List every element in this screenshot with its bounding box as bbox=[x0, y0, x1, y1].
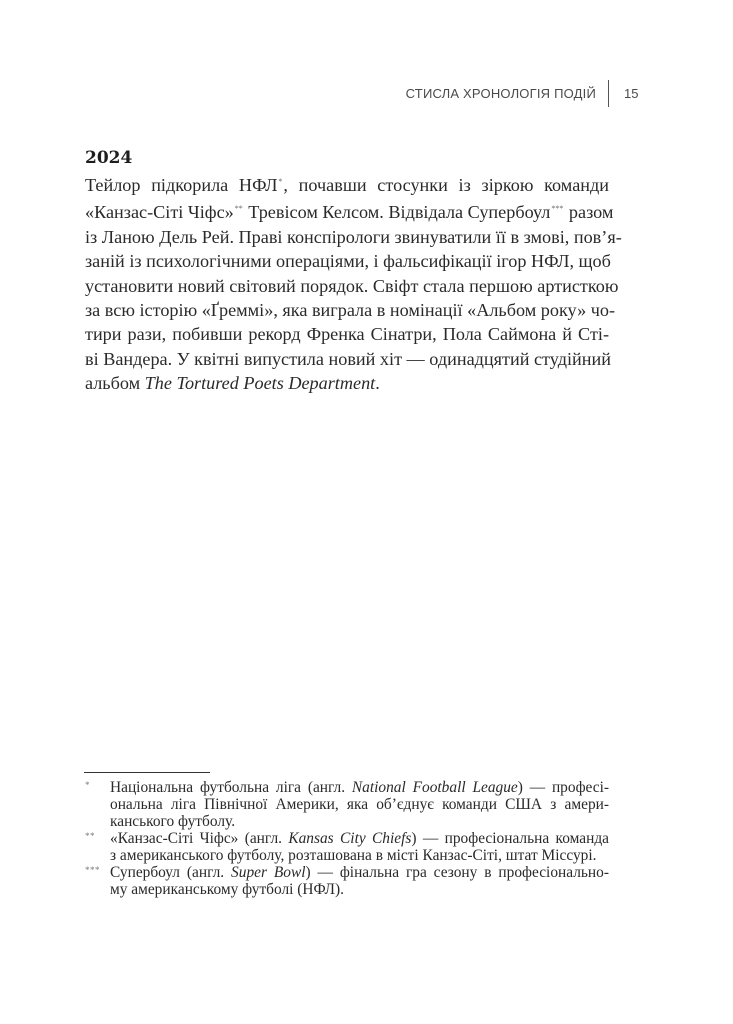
text-run: ) — професіональна команда bbox=[411, 830, 609, 847]
body-line: тири рази, побивши рекорд Френка Сінатри… bbox=[85, 322, 609, 346]
text-run: Супербоул (англ. bbox=[110, 864, 231, 881]
text-run: заній із психологічними операціями, і фа… bbox=[85, 251, 611, 271]
footnotes: *Національна футбольна ліга (англ. Natio… bbox=[85, 779, 609, 898]
body-line: Тейлор підкорила НФЛ*, почавши стосунки … bbox=[85, 170, 609, 197]
footnote-line: «Канзас-Сіті Чіфс» (англ. Kansas City Ch… bbox=[110, 830, 609, 847]
chronology-entry: 2024 Тейлор підкорила НФЛ*, почавши стос… bbox=[85, 146, 609, 396]
body-line: із Ланою Дель Рей. Праві конспірологи зв… bbox=[85, 225, 609, 249]
text-run: Тейлор підкорила НФЛ bbox=[85, 175, 277, 195]
text-run: із Ланою Дель Рей. Праві конспірологи зв… bbox=[85, 227, 622, 247]
entry-year: 2024 bbox=[85, 146, 609, 170]
italic-title: Kansas City Chiefs bbox=[288, 830, 411, 847]
italic-title: The Tortured Poets Department bbox=[145, 373, 376, 393]
text-run: , почавши стосунки із зіркою команди bbox=[283, 175, 609, 195]
body-line: ві Вандера. У квітні випустила новий хіт… bbox=[85, 347, 609, 371]
text-run: му американському футболі (НФЛ). bbox=[110, 881, 344, 898]
footnote-item: *Національна футбольна ліга (англ. Natio… bbox=[85, 779, 609, 830]
footnote-marker: *** bbox=[85, 862, 100, 879]
footnote-item: ***Супербоул (англ. Super Bowl) — фіналь… bbox=[85, 864, 609, 898]
text-run: тири рази, побивши рекорд Френка Сінатри… bbox=[85, 324, 609, 344]
footnote-reference[interactable]: *** bbox=[551, 204, 563, 213]
text-run: за всю історію «Ґреммі», яка виграла в н… bbox=[85, 300, 615, 320]
text-run: «Канзас-Сіті Чіфс» bbox=[85, 202, 234, 222]
italic-title: National Football League bbox=[352, 779, 518, 796]
text-run: з американського футболу, розташована в … bbox=[110, 847, 596, 864]
body-line: альбом The Tortured Poets Department. bbox=[85, 371, 609, 395]
text-run: і- bbox=[600, 779, 609, 796]
footnote-marker: ** bbox=[85, 828, 95, 845]
entry-body: Тейлор підкорила НФЛ*, почавши стосунки … bbox=[85, 170, 609, 396]
text-run: «Канзас-Сіті Чіфс» (англ. bbox=[110, 830, 288, 847]
text-run: установити новий світовий порядок. Свіфт… bbox=[85, 276, 618, 296]
text-run: Тревісом Келсом. Відвідала Супербоул bbox=[244, 202, 551, 222]
text-run: альбом bbox=[85, 373, 145, 393]
footnote-line: канського футболу. bbox=[110, 813, 609, 830]
header-divider bbox=[608, 80, 609, 107]
footnote-line: ональна ліга Північної Америки, яка об’є… bbox=[110, 796, 609, 813]
italic-title: Super Bowl bbox=[231, 864, 305, 881]
footnote-line: з американського футболу, розташована в … bbox=[110, 847, 609, 864]
body-line: за всю історію «Ґреммі», яка виграла в н… bbox=[85, 298, 609, 322]
footnote-item: **«Канзас-Сіті Чіфс» (англ. Kansas City … bbox=[85, 830, 609, 864]
text-run: Національна футбольна ліга (англ. bbox=[110, 779, 352, 796]
body-line: установити новий світовий порядок. Свіфт… bbox=[85, 274, 609, 298]
body-line: заній із психологічними операціями, і фа… bbox=[85, 249, 609, 273]
body-line: «Канзас-Сіті Чіфс»** Тревісом Келсом. Ві… bbox=[85, 197, 609, 224]
text-run: ві Вандера. У квітні випустила новий хіт… bbox=[85, 349, 611, 369]
footnote-reference[interactable]: * bbox=[278, 177, 282, 186]
text-run: разом bbox=[564, 202, 613, 222]
text-run: . bbox=[375, 373, 380, 393]
footnote-separator bbox=[84, 772, 210, 773]
text-run: ) — профес bbox=[518, 779, 600, 796]
text-run: ) — фінальна гра сезону в професіонально… bbox=[306, 864, 610, 881]
footnote-line: му американському футболі (НФЛ). bbox=[110, 881, 609, 898]
text-run: ональна ліга Північної Америки, яка об’є… bbox=[110, 796, 609, 813]
text-run: канського футболу. bbox=[110, 813, 235, 830]
page-number: 15 bbox=[624, 86, 638, 101]
footnote-reference[interactable]: ** bbox=[235, 204, 243, 213]
footnote-line: Національна футбольна ліга (англ. Nation… bbox=[110, 779, 609, 796]
footnote-line: Супербоул (англ. Super Bowl) — фінальна … bbox=[110, 864, 609, 881]
running-head-title: СТИСЛА ХРОНОЛОГІЯ ПОДІЙ bbox=[406, 86, 596, 101]
footnote-marker: * bbox=[85, 777, 90, 794]
